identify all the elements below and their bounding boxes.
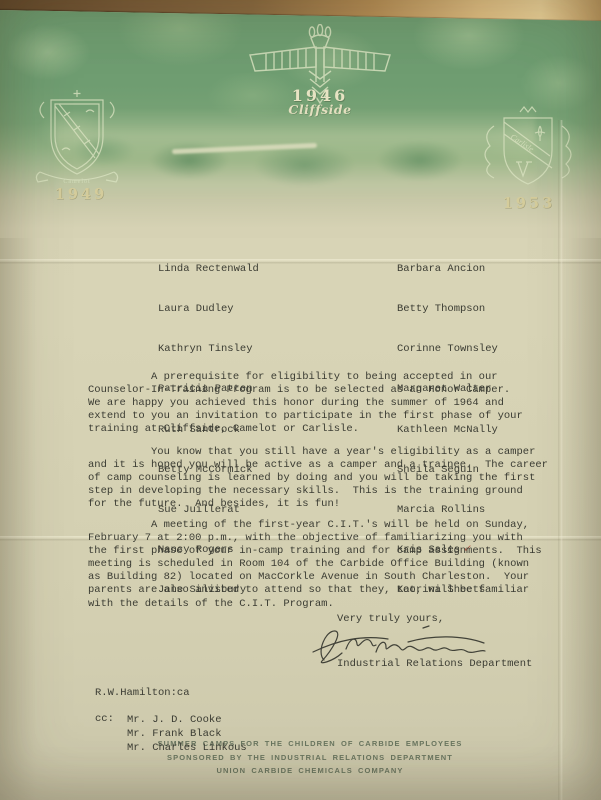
paragraph-meeting: A meeting of the first-year C.I.T.'s wil… (88, 519, 542, 611)
footer-line-company: UNION CARBIDE CHEMICALS COMPANY (80, 764, 540, 778)
camper-name: Betty Thompson (397, 303, 498, 316)
letter-paper: 1946 Cliffside Camelot (0, 0, 601, 800)
year-1953-label: 1953 (494, 195, 564, 212)
cliffside-label: Cliffside (242, 103, 398, 117)
letter-photo: 1946 Cliffside Camelot (0, 0, 601, 800)
camper-name: Laura Dudley (158, 303, 259, 316)
year-1949-label: 1949 (42, 186, 120, 203)
camper-name: Kathryn Tinsley (158, 343, 259, 356)
year-1946-label: 1946 (242, 89, 398, 103)
emblem-caption: 1946 Cliffside (242, 89, 398, 117)
camper-name: Corinne Townsley (397, 343, 498, 356)
camper-name: Barbara Ancion (397, 263, 498, 276)
cc-names-list: Mr. J. D. Cooke Mr. Frank Black Mr. Char… (127, 713, 247, 755)
paragraph-trainee: You know that you still have a year's el… (88, 446, 548, 511)
cc-label: cc: (95, 713, 114, 725)
reference-initials-line: R.W.Hamilton:ca (95, 687, 190, 699)
signer-title: Industrial Relations Department (337, 658, 532, 670)
camelot-crest-label: Camelot (63, 179, 90, 185)
lake-scene (55, 108, 535, 203)
fold-crease-vertical (558, 120, 563, 800)
letterhead-artwork: 1946 Cliffside Camelot (0, 0, 601, 238)
fold-crease-top (0, 259, 601, 264)
camper-name: Linda Rectenwald (158, 263, 259, 276)
camelot-crest-icon: Camelot (34, 88, 120, 188)
paragraph-eligibility: A prerequisite for eligibility to being … (88, 371, 523, 436)
